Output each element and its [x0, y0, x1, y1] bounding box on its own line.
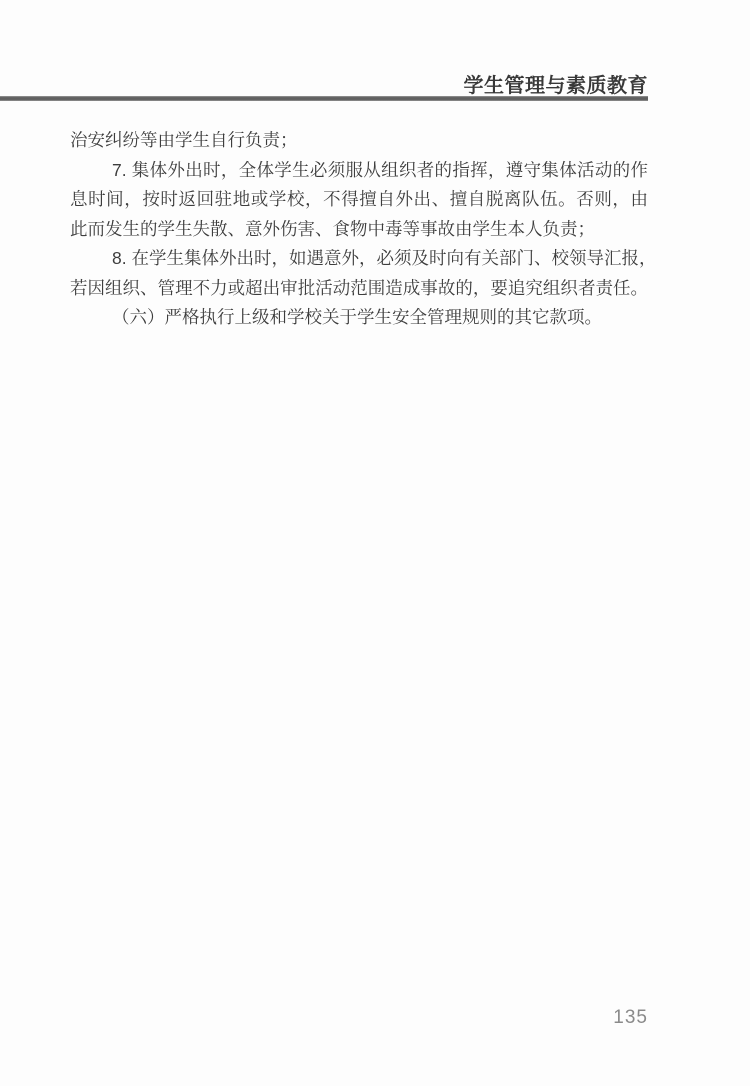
text-line-item7-start: 7. 集体外出时，全体学生必须服从组织者的指挥，遵守集体活动的作 [70, 156, 648, 186]
header-rule [0, 96, 648, 101]
text-line-item8-end: 若因组织、管理不力或超出审批活动范围造成事故的，要追究组织者责任。 [70, 274, 648, 304]
text-line-item-six: （六）严格执行上级和学校关于学生安全管理规则的其它款项。 [70, 303, 648, 333]
text-line-continuation: 治安纠纷等由学生自行负责； [70, 126, 648, 156]
page-number: 135 [0, 1007, 648, 1029]
text-line-item7-end: 此而发生的学生失散、意外伤害、食物中毒等事故由学生本人负责； [70, 215, 648, 245]
document-page: 学生管理与素质教育 治安纠纷等由学生自行负责； 7. 集体外出时，全体学生必须服… [0, 0, 750, 1086]
text-line-item7-middle: 息时间，按时返回驻地或学校，不得擅自外出、擅自脱离队伍。否则，由 [70, 185, 648, 215]
body-text-block: 治安纠纷等由学生自行负责； 7. 集体外出时，全体学生必须服从组织者的指挥，遵守… [70, 126, 648, 333]
text-line-item8-start: 8. 在学生集体外出时，如遇意外，必须及时向有关部门、校领导汇报， [70, 244, 648, 274]
running-head-title: 学生管理与素质教育 [0, 69, 648, 98]
